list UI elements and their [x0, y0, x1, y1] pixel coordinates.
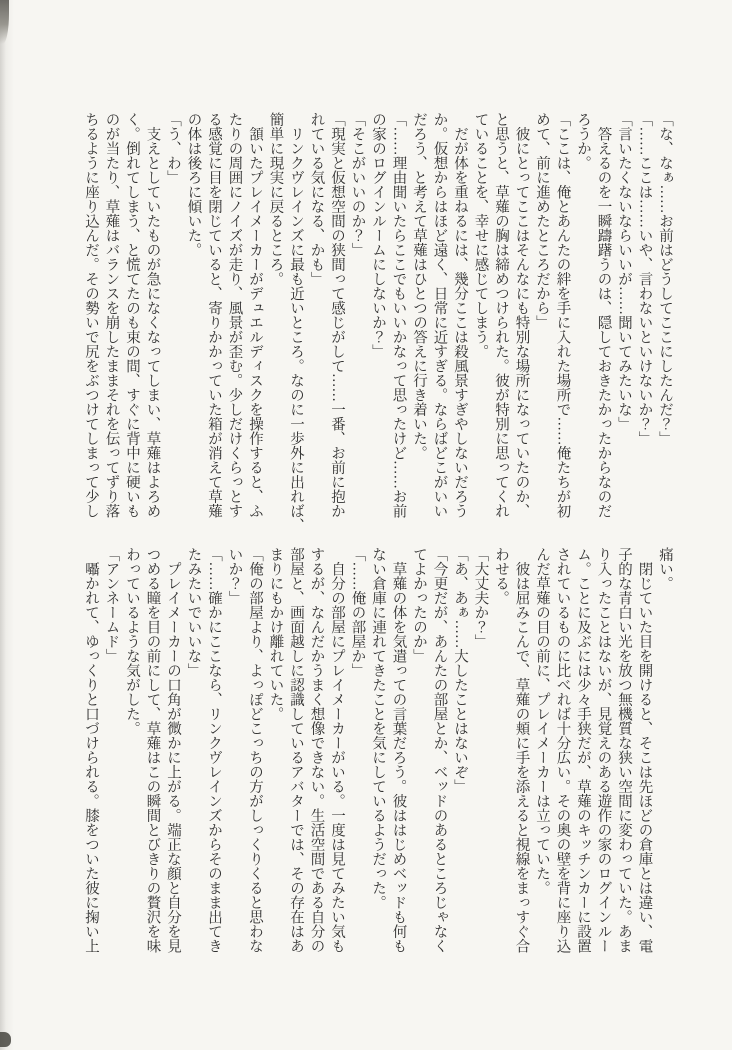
text-line: つめる瞳を目の前にして、草薙はこの瞬間とびきりの贅沢を味: [142, 547, 163, 975]
text-line: 子的な青白い光を放つ無機質な狭い空間に変わっていた。あま: [614, 547, 635, 975]
text-line: ム。ことに及ぶには少々手狭だが、草薙のキッチンカーに設置: [573, 547, 594, 975]
text-line: か。仮想からはほど遠く、日常に近すぎる。ならばどこがいい: [429, 112, 450, 540]
text-line: 「言いたくないならいいが……聞いてみたいな」: [614, 112, 635, 540]
text-line: のが当たり、草薙はバランスを崩したままそれを伝ってずり落: [101, 112, 122, 540]
text-line: わせる。: [491, 547, 512, 975]
text-line: 支えとしていたものが急になくなってしまい、草薙はよろめ: [142, 112, 163, 540]
page-left-edge-shadow: [0, 0, 14, 1050]
text-line: 閉じていた目を開けると、そこは先ほどの倉庫とは違い、電: [634, 547, 655, 975]
text-line: されているものに比べれば十分広い。その奥の壁を背に座り込: [552, 547, 573, 975]
text-line: 答えるのを一瞬躊躇うのは、隠しておきたかったからなのだ: [593, 112, 614, 540]
text-line: するが、なんだかうまく想像できない。生活空間である自分の: [306, 547, 327, 975]
text-line: 「……俺の部屋か」: [347, 547, 368, 975]
text-line: 草薙の体を気遣っての言葉だろう。彼ははじめベッドも何も: [388, 547, 409, 975]
text-line: プレイメーカーの口角が微かに上がる。端正な顔と自分を見: [163, 547, 184, 975]
text-line: く。倒れてしまう、と慌てたのも束の間、すぐに背中に硬いも: [122, 112, 143, 540]
text-line: 彼は屈みこんで、草薙の頬に手を添えると視線をまっすぐ合: [511, 547, 532, 975]
text-line: まりにもかけ離れていた。: [265, 547, 286, 975]
scanned-book-page: 「な、なぁ……お前はどうしてここにしたんだ？」「……ここは……いや、言わないとい…: [0, 0, 732, 1050]
text-line: だろう、と考えて草薙はひとつの答えに行き着いた。: [409, 112, 430, 540]
text-line: 「ここは、俺とあんたの絆を手に入れた場所で……俺たちが初: [552, 112, 573, 540]
text-line: 囁かれて、ゆっくりと口づけられる。膝をついた彼に掬い上: [81, 547, 102, 975]
text-line: ろうか。: [573, 112, 594, 540]
text-line: ちるように座り込んだ。その勢いで尻をぶつけてしまって少し: [81, 112, 102, 540]
upper-text-block: 「な、なぁ……お前はどうしてここにしたんだ？」「……ここは……いや、言わないとい…: [81, 112, 676, 540]
text-line: 「そこがいいのか？」: [347, 112, 368, 540]
text-line: 部屋と、画面越しに認識しているアバターでは、その存在はあ: [286, 547, 307, 975]
scan-artifact-bottom-left: [0, 1032, 11, 1047]
text-line: 頷いたプレイメーカーがデュエルディスクを操作すると、ふ: [245, 112, 266, 540]
text-line: てよかったのか」: [409, 547, 430, 975]
text-line: の家のログインルームにしないか？」: [368, 112, 389, 540]
text-line: り入ったことはないが、見覚えのある遊作の家のログインルー: [593, 547, 614, 975]
text-line: リンクヴレインズに最も近いところ。なのに一歩外に出れば、: [286, 112, 307, 540]
text-line: 「……理由聞いたらここでもいいかなって思ったけど……お前: [388, 112, 409, 540]
lower-text-block: 痛い。 閉じていた目を開けると、そこは先ほどの倉庫とは違い、電子的な青白い光を放…: [81, 547, 676, 975]
text-line: ない倉庫に連れてきたことを気にしているようだった。: [368, 547, 389, 975]
text-line: 彼にとってここはそんなにも特別な場所になっていたのか、: [511, 112, 532, 540]
text-line: だが体を重ねるには、幾分ここは殺風景すぎやしないだろう: [450, 112, 471, 540]
text-line: 「う、わ」: [163, 112, 184, 540]
text-line: と思うと、草薙の胸は締めつけられた。彼が特別に思ってくれ: [491, 112, 512, 540]
text-line: る感覚に目を閉じていると、寄りかかっていた箱が消えて草薙: [204, 112, 225, 540]
text-line: れている気になる、かも」: [306, 112, 327, 540]
text-line: 「大丈夫か？」: [470, 547, 491, 975]
text-line: 痛い。: [655, 547, 676, 975]
text-line: 「現実と仮想空間の狭間って感じがして……一番、お前に抱か: [327, 112, 348, 540]
text-line: たみたいでいいな」: [183, 547, 204, 975]
text-line: ていることを、幸せに感じてしまう。: [470, 112, 491, 540]
text-line: 「アンネームド」: [101, 547, 122, 975]
text-line: 「……ここは……いや、言わないといけないか？」: [634, 112, 655, 540]
text-line: たりの周囲にノイズが走り、風景が歪む。少しだけくらっとす: [224, 112, 245, 540]
text-line: 「今更だが、あんたの部屋とか、ベッドのあるところじゃなく: [429, 547, 450, 975]
text-line: わっているような気がした。: [122, 547, 143, 975]
text-line: の体は後ろに傾いた。: [183, 112, 204, 540]
text-line: 自分の部屋にプレイメーカーがいる。一度は見てみたい気も: [327, 547, 348, 975]
text-line: 「……確かにここなら、リンクヴレインズからそのまま出てき: [204, 547, 225, 975]
text-line: 「な、なぁ……お前はどうしてここにしたんだ？」: [655, 112, 676, 540]
text-line: んだ草薙の目の前に、プレイメーカーは立っていた。: [532, 547, 553, 975]
text-line: 簡単に現実に戻るところ。: [265, 112, 286, 540]
text-line: いか？」: [224, 547, 245, 975]
text-line: 「俺の部屋より、よっぽどこっちの方がしっくりくると思わな: [245, 547, 266, 975]
text-line: めて、前に進めたところだから」: [532, 112, 553, 540]
text-line: 「あ、あぁ……大したことはないぞ」: [450, 547, 471, 975]
